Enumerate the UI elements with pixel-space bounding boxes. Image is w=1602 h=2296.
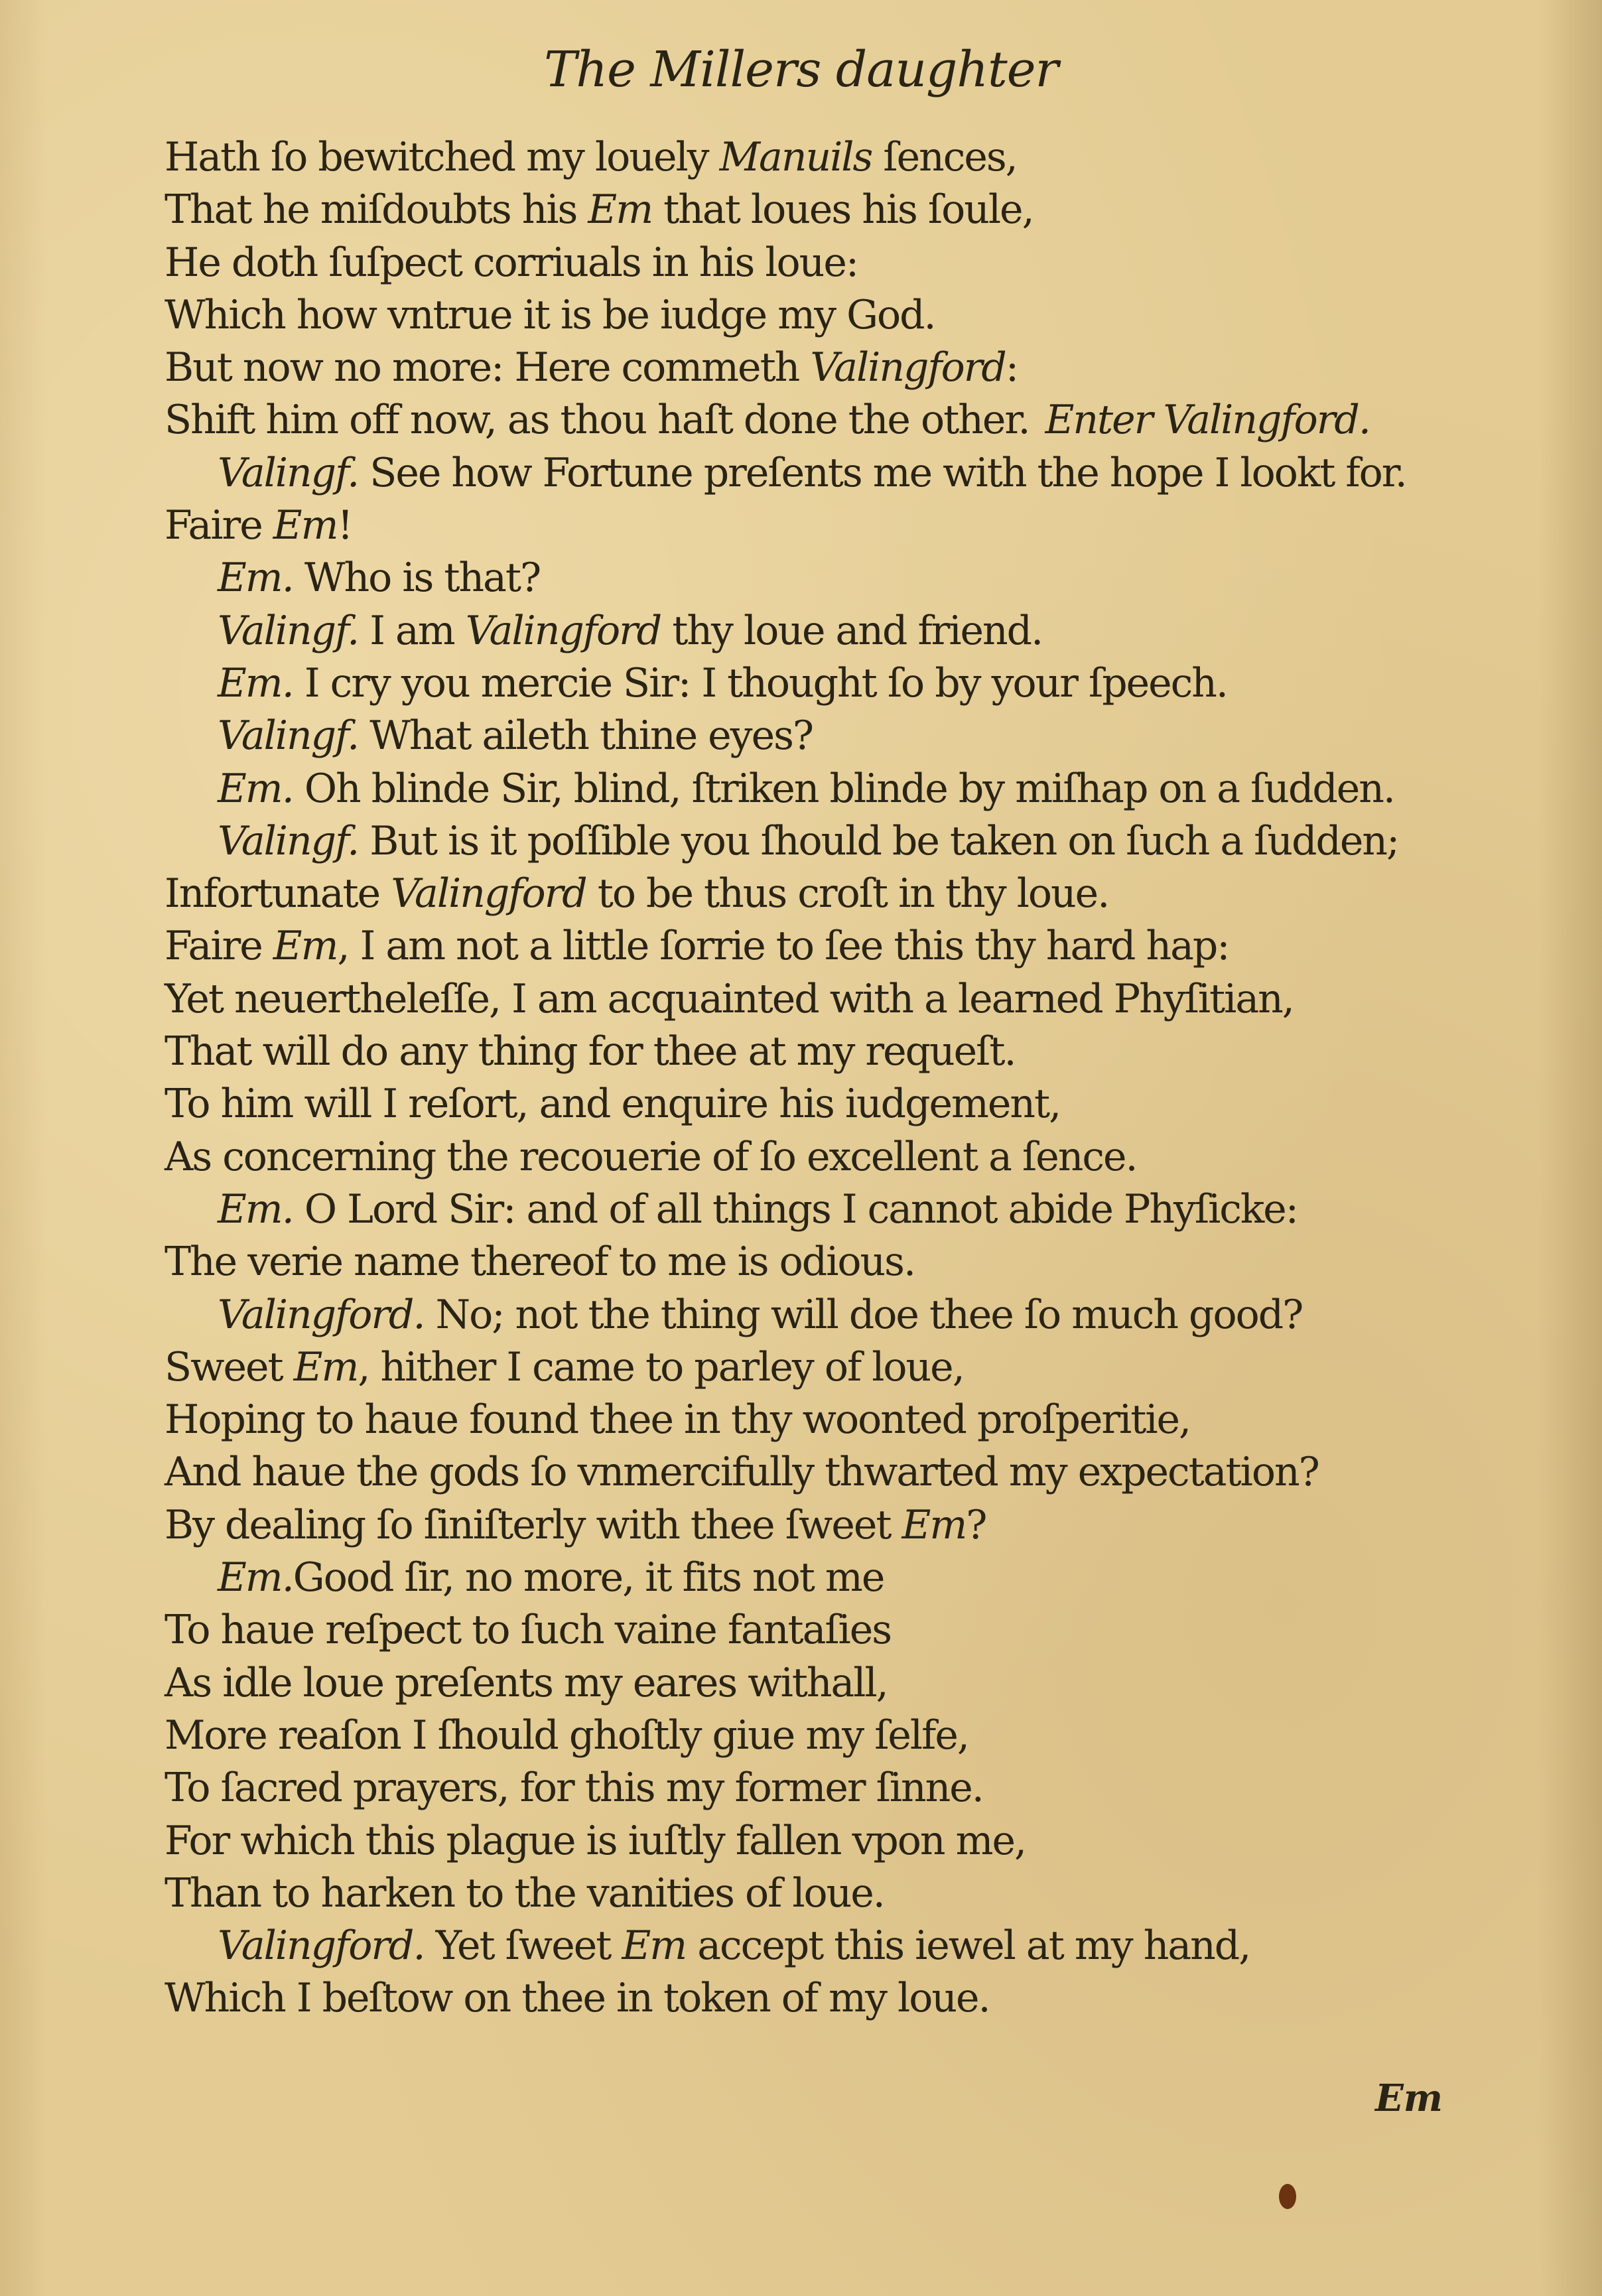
- line-text: What aileth thine eyes?: [358, 712, 813, 759]
- line-text: thy loue and friend.: [661, 608, 1042, 654]
- catchword: Em: [1375, 2076, 1443, 2120]
- line-text: More reaſon I ſhould ghoſtly giue my ſel…: [165, 1712, 968, 1759]
- speaker-name: Em.: [218, 1186, 293, 1233]
- italic-name: Em: [902, 1502, 967, 1548]
- verse-line: That he miſdoubts his Em that loues his …: [165, 184, 1491, 236]
- speaker-name: Valingford.: [218, 1292, 425, 1338]
- italic-name: Em: [273, 502, 338, 549]
- speech-line: Em. I cry you mercie Sir: I thought ſo b…: [165, 657, 1491, 710]
- speaker-name: Valingf.: [218, 712, 358, 759]
- verse-line: As concerning the recouerie of ſo excell…: [165, 1131, 1491, 1183]
- text-block: Hath ſo bewitched my louely Manuils ſenc…: [165, 131, 1491, 2025]
- verse-line: Hath ſo bewitched my louely Manuils ſenc…: [165, 131, 1491, 184]
- verse-line: Hoping to haue found thee in thy woonted…: [165, 1394, 1491, 1446]
- line-text: , I am not a little ſorrie to ſee this t…: [337, 923, 1229, 969]
- speech-line: Valingford. Yet ſweet Em accept this iew…: [165, 1920, 1491, 1972]
- speech-line: Valingf. What aileth thine eyes?: [165, 710, 1491, 762]
- line-text: ſences,: [872, 134, 1016, 180]
- verse-line: Infortunate Valingford to be thus croſt …: [165, 868, 1491, 920]
- line-text: Good ſir, no more, it fits not me: [293, 1554, 884, 1601]
- verse-line: By dealing ſo ſiniſterly with thee ſweet…: [165, 1499, 1491, 1552]
- line-text: That he miſdoubts his: [165, 186, 588, 233]
- line-text: As concerning the recouerie of ſo excell…: [165, 1134, 1137, 1180]
- speech-line: Valingford. No; not the thing will doe t…: [165, 1289, 1491, 1341]
- line-text: To haue reſpect to ſuch vaine fantaſies: [165, 1607, 891, 1653]
- line-text: But is it poſſible you ſhould be taken o…: [358, 818, 1398, 864]
- line-text: See how Fortune preſents me with the hop…: [358, 450, 1406, 496]
- line-text: No; not the thing will doe thee ſo much …: [425, 1292, 1303, 1338]
- line-text: Who is that?: [293, 555, 540, 601]
- line-text: that loues his ſoule,: [652, 186, 1034, 233]
- verse-line: Shift him off now, as thou haſt done the…: [165, 394, 1491, 446]
- line-text: accept this iewel at my hand,: [686, 1923, 1250, 1969]
- line-text: !: [337, 502, 352, 549]
- speech-line: Em. Who is that?: [165, 552, 1491, 604]
- verse-line: Than to harken to the vanities of loue.: [165, 1867, 1491, 1920]
- line-text: Than to harken to the vanities of loue.: [165, 1870, 884, 1917]
- speaker-name: Valingf.: [218, 608, 358, 654]
- line-text: But now no more: Here commeth: [165, 344, 810, 391]
- stage-direction: Enter Valingford.: [1045, 397, 1370, 443]
- speaker-name: Valingf.: [218, 450, 358, 496]
- italic-name: Em: [588, 186, 652, 233]
- line-text: That will do any thing for thee at my re…: [165, 1028, 1016, 1075]
- line-text: Faire: [165, 923, 273, 969]
- line-text: Shift him off now, as thou haſt done the…: [165, 397, 1030, 443]
- line-text: Yet neuertheleſſe, I am acquainted with …: [165, 976, 1294, 1022]
- line-text: Which I beſtow on thee in token of my lo…: [165, 1975, 990, 2021]
- speech-line: Valingf. But is it poſſible you ſhould b…: [165, 815, 1491, 868]
- verse-line: To him will I reſort, and enquire his iu…: [165, 1078, 1491, 1130]
- line-text: He doth ſuſpect corriuals in his loue:: [165, 239, 858, 286]
- line-text: For which this plague is iuſtly fallen v…: [165, 1818, 1026, 1864]
- italic-name: Valingford: [810, 344, 1005, 391]
- speaker-name: Em.: [218, 660, 293, 707]
- verse-line: Faire Em!: [165, 500, 1491, 552]
- line-text: to be thus croſt in thy loue.: [586, 870, 1109, 917]
- verse-line: That will do any thing for thee at my re…: [165, 1026, 1491, 1078]
- verse-line: He doth ſuſpect corriuals in his loue:: [165, 237, 1491, 289]
- verse-line: For which this plague is iuſtly fallen v…: [165, 1815, 1491, 1867]
- verse-line: And haue the gods ſo vnmercifully thwart…: [165, 1446, 1491, 1499]
- italic-name: Em: [294, 1344, 358, 1390]
- italic-name: Manuils: [720, 134, 872, 180]
- line-text: As idle loue preſents my eares withall,: [165, 1660, 888, 1706]
- line-text: Which how vntrue it is be iudge my God.: [165, 292, 935, 338]
- line-text: I cry you mercie Sir: I thought ſo by yo…: [293, 660, 1227, 707]
- speech-line: Valingf. I am Valingford thy loue and fr…: [165, 605, 1491, 657]
- verse-line: Yet neuertheleſſe, I am acquainted with …: [165, 973, 1491, 1026]
- verse-line: The verie name thereof to me is odious.: [165, 1236, 1491, 1288]
- line-text: Infortunate: [165, 870, 391, 917]
- line-text: Hoping to haue found thee in thy woonted…: [165, 1396, 1190, 1443]
- verse-line: More reaſon I ſhould ghoſtly giue my ſel…: [165, 1710, 1491, 1762]
- line-text: Sweet: [165, 1344, 294, 1390]
- speaker-name: Valingford.: [218, 1923, 425, 1969]
- line-text: By dealing ſo ſiniſterly with thee ſweet: [165, 1502, 902, 1548]
- line-text: And haue the gods ſo vnmercifully thwart…: [165, 1449, 1319, 1495]
- line-text: To ſacred prayers, for this my former ſi…: [165, 1765, 983, 1811]
- line-text: :: [1006, 344, 1018, 391]
- line-text: , hither I came to parley of loue,: [358, 1344, 963, 1390]
- verse-line: To ſacred prayers, for this my former ſi…: [165, 1762, 1491, 1814]
- line-text: I am: [358, 608, 466, 654]
- italic-name: Valingford: [466, 608, 661, 654]
- verse-line: As idle loue preſents my eares withall,: [165, 1657, 1491, 1710]
- speech-line: Em. O Lord Sir: and of all things I cann…: [165, 1183, 1491, 1236]
- speaker-name: Em.: [218, 766, 293, 812]
- line-text: Faire: [165, 502, 273, 549]
- speaker-name: Em.: [218, 555, 293, 601]
- verse-line: Faire Em, I am not a little ſorrie to ſe…: [165, 920, 1491, 973]
- line-text: ?: [966, 1502, 986, 1548]
- line-text: Yet ſweet: [425, 1923, 622, 1969]
- verse-line: To haue reſpect to ſuch vaine fantaſies: [165, 1604, 1491, 1656]
- line-text: Oh blinde Sir, blind, ſtriken blinde by …: [293, 766, 1394, 812]
- speech-line: Em. Oh blinde Sir, blind, ſtriken blinde…: [165, 763, 1491, 815]
- line-text: Hath ſo bewitched my louely: [165, 134, 720, 180]
- line-text: O Lord Sir: and of all things I cannot a…: [293, 1186, 1298, 1233]
- italic-name: Valingford: [391, 870, 586, 917]
- speech-line: Valingf. See how Fortune preſents me wit…: [165, 447, 1491, 500]
- verse-line: Sweet Em, hither I came to parley of lou…: [165, 1341, 1491, 1394]
- verse-line: Which how vntrue it is be iudge my God.: [165, 289, 1491, 342]
- running-head: The Millers daughter: [0, 41, 1602, 98]
- line-text: To him will I reſort, and enquire his iu…: [165, 1081, 1060, 1127]
- italic-name: Em: [622, 1923, 686, 1969]
- speech-line: Em.Good ſir, no more, it fits not me: [165, 1552, 1491, 1604]
- verse-line: But now no more: Here commeth Valingford…: [165, 342, 1491, 394]
- book-page: The Millers daughter Hath ſo bewitched m…: [0, 0, 1602, 2296]
- speaker-name: Em.: [218, 1554, 293, 1601]
- speaker-name: Valingf.: [218, 818, 358, 864]
- verse-line: Which I beſtow on thee in token of my lo…: [165, 1972, 1491, 2025]
- ink-stain: [1279, 2184, 1296, 2209]
- line-text: The verie name thereof to me is odious.: [165, 1239, 915, 1285]
- italic-name: Em: [273, 923, 338, 969]
